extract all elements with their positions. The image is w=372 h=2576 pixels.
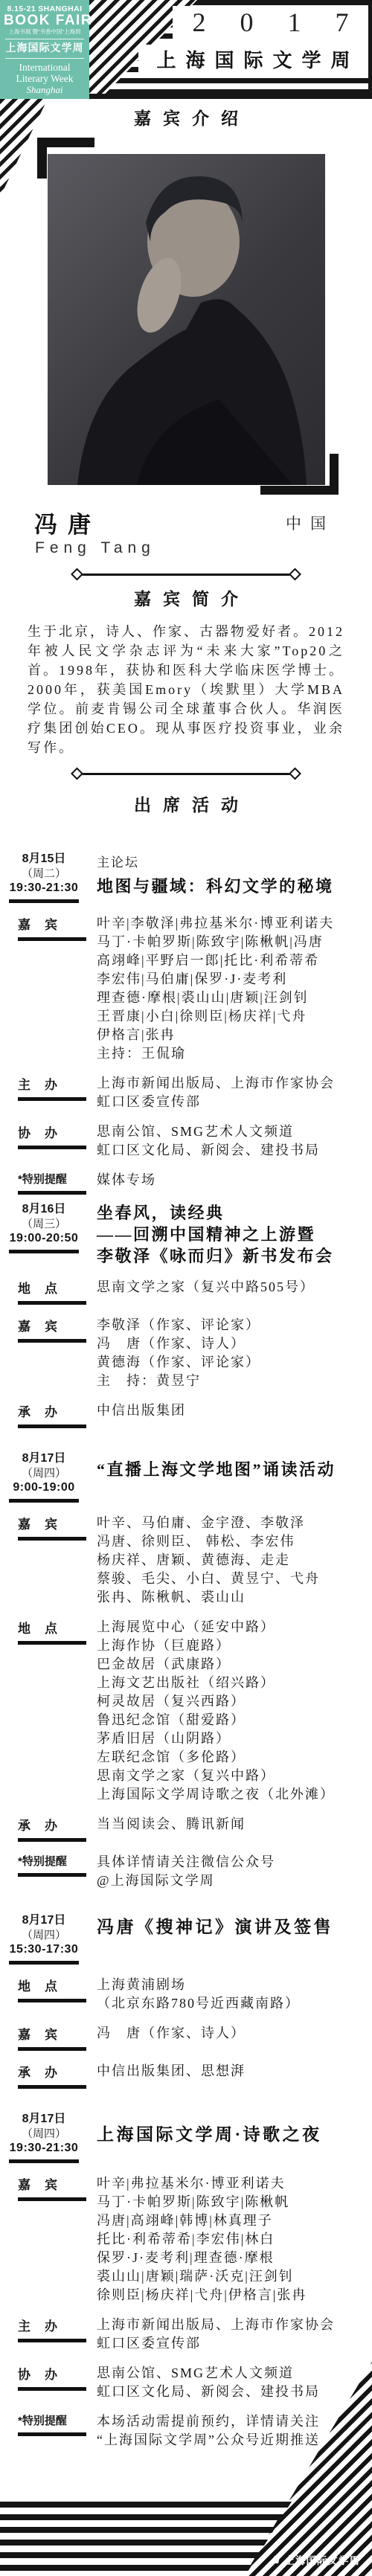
row-content: 中信出版集团、思想湃 <box>97 2062 372 2089</box>
portrait-silhouette <box>48 154 325 485</box>
event-row: 主 办上海市新闻出版局、上海市作家协会虹口区委宣传部 <box>0 1074 372 1111</box>
row-content: 叶辛|李敬泽|弗拉基米尔·博亚利诺夫马丁·卡帕罗斯|陈致宇|陈楸帆|冯唐高翊峰|… <box>97 914 372 1063</box>
photo-corner-bracket-bottom-right <box>260 454 339 495</box>
event-date-weekday: （周四） <box>10 1466 78 1480</box>
text-line: 主 持：黄昱宁 <box>97 1372 368 1390</box>
row-label: 嘉 宾 <box>18 1316 86 1343</box>
text-line: 王晋康|小白|徐则臣|杨庆祥|弋舟 <box>97 1007 368 1026</box>
event-row: 承 办当当阅读会、腾讯新闻 <box>0 1815 372 1842</box>
diamond-icon <box>289 768 301 780</box>
row-label-cell: 嘉 宾 <box>0 914 88 1063</box>
text-line: 柯灵故居（复兴西路） <box>97 1692 368 1711</box>
text-line: 左联纪念馆（多伦路） <box>97 1748 368 1767</box>
text-line: 马丁·卡帕罗斯|陈致宇|陈楸帆 <box>97 2193 368 2212</box>
event-head: 8月17日 （周四） 19:30-21:30 上海国际文学周·诗歌之夜 <box>0 2112 372 2163</box>
event-title-cell: 主论坛 地图与疆域：科幻文学的秘境 <box>97 852 372 903</box>
event-date-time: 19:00-20:50 <box>10 1231 79 1246</box>
event-date-day: 8月16日 <box>10 1202 79 1217</box>
row-content: 思南公馆、SMG艺术人文频道虹口区文化局、新阅会、建投书局 <box>97 1122 372 1160</box>
badge-title: BOOK FAIR <box>4 13 86 28</box>
text-line: 叶辛|弗拉基米尔·博亚利诺夫 <box>97 2174 368 2193</box>
event-row: 嘉 宾冯 唐（作家、诗人） <box>0 2024 372 2051</box>
text-line: 茅盾旧居（山阴路） <box>97 1729 368 1748</box>
event-rows: 嘉 宾叶辛|弗拉基米尔·博亚利诺夫马丁·卡帕罗斯|陈致宇|陈楸帆冯唐|高翊峰|韩… <box>0 2174 372 2450</box>
row-label: 主 办 <box>18 1074 86 1101</box>
event-head: 8月15日 （周二） 19:30-21:30 主论坛 地图与疆域：科幻文学的秘境 <box>0 852 372 903</box>
text-line: 主持：王侃瑜 <box>97 1044 368 1063</box>
row-label: 嘉 宾 <box>18 914 86 941</box>
row-label: 嘉 宾 <box>18 2024 86 2051</box>
divider-line <box>82 574 291 576</box>
event-title: 冯唐《搜神记》演讲及签售 <box>97 1913 372 1938</box>
row-label-cell: 承 办 <box>0 1815 88 1842</box>
row-label: 地 点 <box>18 1618 86 1645</box>
text-line: 李敬泽《咏而归》新书发布会 <box>97 1245 372 1267</box>
event-date: 8月17日 （周四） 15:30-17:30 <box>0 1913 88 1965</box>
row-label-cell: 承 办 <box>0 1401 88 1428</box>
row-label-cell: 地 点 <box>0 1618 88 1804</box>
event-row: 承 办中信出版集团、思想湃 <box>0 2062 372 2089</box>
event-date-day: 8月17日 <box>10 1913 79 1928</box>
row-content: 思南文学之家（复兴中路505号） <box>97 1278 372 1305</box>
text-line: 冯唐、徐则臣、 韩松、李宏伟 <box>97 1532 368 1551</box>
row-content: 上海市新闻出版局、上海市作家协会虹口区委宣传部 <box>97 1074 372 1111</box>
row-label: 地 点 <box>18 1278 86 1305</box>
event-block: 8月17日 （周四） 15:30-17:30 冯唐《搜神记》演讲及签售 地 点上… <box>0 1913 372 2089</box>
badge-en-line2: Literary Week <box>4 73 86 84</box>
text-line: 冯 唐（作家、诗人） <box>97 2024 368 2043</box>
text-line: 李宏伟|马伯庸|保罗·J·麦考利 <box>97 970 368 989</box>
text-line: 虹口区文化局、新阅会、建投书局 <box>97 2383 368 2401</box>
event-title-cell: 上海国际文学周·诗歌之夜 <box>97 2112 372 2163</box>
row-label-cell: 嘉 宾 <box>0 1316 88 1390</box>
text-line: 媒体专场 <box>97 1171 368 1189</box>
row-label: 地 点 <box>18 1976 86 2002</box>
text-line: 保罗·J·麦考利|理查德·摩根 <box>97 2249 368 2267</box>
event-rows: 嘉 宾叶辛、马伯庸、金宇澄、李敬泽冯唐、徐则臣、 韩松、李宏伟杨庆祥、唐颖、黄德… <box>0 1514 372 1890</box>
row-label-cell: *特别提醒 <box>0 1171 88 1195</box>
text-line: 冯 唐（作家、诗人） <box>97 1334 368 1353</box>
event-date: 8月16日 （周三） 19:00-20:50 <box>0 1202 88 1267</box>
diamond-divider <box>73 769 300 778</box>
event-head: 8月17日 （周四） 15:30-17:30 冯唐《搜神记》演讲及签售 <box>0 1913 372 1965</box>
text-line: 冯唐|高翊峰|韩博|林真理子 <box>97 2212 368 2230</box>
text-line: 托比·利希蒂希|李宏伟|林白 <box>97 2230 368 2249</box>
row-label-cell: 嘉 宾 <box>0 1514 88 1607</box>
row-label: 承 办 <box>18 1401 86 1428</box>
row-label: *特别提醒 <box>18 1171 86 1195</box>
row-content: 上海市新闻出版局、上海市作家协会虹口区委宣传部 <box>97 2316 372 2353</box>
row-content: 当当阅读会、腾讯新闻 <box>97 1815 372 1842</box>
event-date-box: 8月16日 （周三） 19:00-20:50 <box>9 1202 80 1253</box>
diamond-divider <box>73 570 300 579</box>
text-line: 李敬泽（作家、评论家） <box>97 1316 368 1334</box>
text-line: @上海国际文学周 <box>97 1872 368 1890</box>
text-line: 中信出版集团 <box>97 1401 368 1420</box>
event-row: 嘉 宾叶辛、马伯庸、金宇澄、李敬泽冯唐、徐则臣、 韩松、李宏伟杨庆祥、唐颖、黄德… <box>0 1514 372 1607</box>
text-line: 地图与疆域：科幻文学的秘境 <box>97 876 372 897</box>
event-row: 主 办上海市新闻出版局、上海市作家协会虹口区委宣传部 <box>0 2316 372 2353</box>
event-rows: 嘉 宾叶辛|李敬泽|弗拉基米尔·博亚利诺夫马丁·卡帕罗斯|陈致宇|陈楸帆|冯唐高… <box>0 914 372 1195</box>
row-content: 上海展览中心（延安中路）上海作协（巨鹿路）巴金故居（武康路）上海文艺出版社（绍兴… <box>97 1618 372 1804</box>
event-row: 地 点思南文学之家（复兴中路505号） <box>0 1278 372 1305</box>
text-line: “直播上海文学地图”诵读活动 <box>97 1459 372 1480</box>
banner-week-title: 上海国际文学周 <box>138 45 368 77</box>
text-line: 理查德·摩根|裘山山|唐颖|汪剑钊 <box>97 989 368 1007</box>
section-heading-guest-intro: 嘉宾介绍 <box>0 105 372 129</box>
event-date-day: 8月17日 <box>10 2112 79 2127</box>
event-row: *特别提醒本场活动需提前预约，详情请关注“上海国际文学周”公众号近期推送 <box>0 2412 372 2450</box>
text-line: 思南公馆、SMG艺术人文频道 <box>97 2364 368 2383</box>
row-label-cell: 承 办 <box>0 2062 88 2089</box>
row-content: 思南公馆、SMG艺术人文频道虹口区文化局、新阅会、建投书局 <box>97 2364 372 2401</box>
text-line: 杨庆祥、唐颖、黄德海、走走 <box>97 1551 368 1570</box>
event-row: *特别提醒媒体专场 <box>0 1171 372 1195</box>
text-line: 张冉、陈楸帆、裘山山 <box>97 1588 368 1607</box>
event-subtitle: 主论坛 <box>97 852 372 870</box>
text-line: 虹口区委宣传部 <box>97 1093 368 1111</box>
badge-en-line1: International <box>4 62 86 73</box>
row-label: 协 办 <box>18 2364 86 2391</box>
text-line: 本场活动需提前预约，详情请关注 <box>97 2412 368 2431</box>
text-line: 巴金故居（武康路） <box>97 1655 368 1674</box>
text-line: 马丁·卡帕罗斯|陈致宇|陈楸帆|冯唐 <box>97 933 368 951</box>
text-line: 徐则臣|杨庆祥|弋舟|伊格言|张冉 <box>97 2286 368 2304</box>
text-line: 伊格言|张冉 <box>97 1026 368 1044</box>
event-row: 地 点上海展览中心（延安中路）上海作协（巨鹿路）巴金故居（武康路）上海文艺出版社… <box>0 1618 372 1804</box>
text-line: 叶辛|李敬泽|弗拉基米尔·博亚利诺夫 <box>97 914 368 933</box>
badge-cn-week: 上海国际文学周 <box>4 42 86 55</box>
text-line: 上海国际文学周·诗歌之夜 <box>97 2124 372 2145</box>
footer-logo: 上海国际文学周 <box>269 2552 361 2567</box>
row-label: 嘉 宾 <box>18 1514 86 1541</box>
poster-page: 2017 上海国际文学周 8.15-21 SHANGHAI BOOK FAIR … <box>0 0 372 2576</box>
event-title-cell: “直播上海文学地图”诵读活动 <box>97 1451 372 1503</box>
text-line: （北京东路780号近西藏南路） <box>97 1994 368 2013</box>
event-date: 8月17日 （周四） 19:30-21:30 <box>0 2112 88 2163</box>
text-line: 上海作协（巨鹿路） <box>97 1637 368 1655</box>
row-content: 媒体专场 <box>97 1171 372 1195</box>
text-line: 思南文学之家（复兴中路505号） <box>97 1278 368 1297</box>
event-title: 坐春风，读经典——回溯中国精神之上游暨李敬泽《咏而归》新书发布会 <box>97 1202 372 1267</box>
row-label-cell: 嘉 宾 <box>0 2024 88 2051</box>
event-row: 嘉 宾叶辛|李敬泽|弗拉基米尔·博亚利诺夫马丁·卡帕罗斯|陈致宇|陈楸帆|冯唐高… <box>0 914 372 1063</box>
row-label-cell: 地 点 <box>0 1278 88 1305</box>
text-line: ——回溯中国精神之上游暨 <box>97 1224 372 1245</box>
text-line: 上海国际文学周诗歌之夜（北外滩） <box>97 1785 368 1804</box>
badge-divider <box>5 39 84 39</box>
section-heading-guest-bio: 嘉宾简介 <box>0 585 372 610</box>
text-line: 具体详情请关注微信公众号 <box>97 1853 368 1872</box>
event-date-time: 19:30-21:30 <box>10 881 79 896</box>
row-label: *特别提醒 <box>18 2412 86 2436</box>
event-row: 地 点上海黄浦剧场（北京东路780号近西藏南路） <box>0 1976 372 2013</box>
row-content: 具体详情请关注微信公众号@上海国际文学周 <box>97 1853 372 1890</box>
event-date-day: 8月17日 <box>10 1451 78 1466</box>
text-line: 上海市新闻出版局、上海市作家协会 <box>97 2316 368 2334</box>
diamond-icon <box>71 768 83 780</box>
event-title: “直播上海文学地图”诵读活动 <box>97 1451 372 1480</box>
text-line: 中信出版集团、思想湃 <box>97 2062 368 2081</box>
banner-year: 2017 <box>173 6 368 39</box>
event-title: 地图与疆域：科幻文学的秘境 <box>97 876 372 897</box>
event-block: 8月17日 （周四） 19:30-21:30 上海国际文学周·诗歌之夜 嘉 宾叶… <box>0 2112 372 2450</box>
text-line: 裘山山|唐颖|瑞萨·沃克|汪剑钊 <box>97 2267 368 2286</box>
row-label-cell: *特别提醒 <box>0 2412 88 2450</box>
event-head: 8月16日 （周三） 19:00-20:50 坐春风，读经典——回溯中国精神之上… <box>0 1202 372 1267</box>
row-label: 主 办 <box>18 2316 86 2342</box>
event-row: 嘉 宾叶辛|弗拉基米尔·博亚利诺夫马丁·卡帕罗斯|陈致宇|陈楸帆冯唐|高翊峰|韩… <box>0 2174 372 2304</box>
text-line: 虹口区文化局、新阅会、建投书局 <box>97 1141 368 1160</box>
event-date-weekday: （周三） <box>10 1217 79 1231</box>
event-date-box: 8月17日 （周四） 19:30-21:30 <box>9 2112 80 2163</box>
text-line: 虹口区委宣传部 <box>97 2334 368 2353</box>
row-content: 冯 唐（作家、诗人） <box>97 2024 372 2051</box>
event-date-time: 15:30-17:30 <box>10 1942 79 1957</box>
event-row: 协 办思南公馆、SMG艺术人文频道虹口区文化局、新阅会、建投书局 <box>0 2364 372 2401</box>
divider-line <box>82 773 291 775</box>
text-line: 黄德海（作家、评论家） <box>97 1353 368 1372</box>
event-date-time: 19:30-21:30 <box>10 2141 79 2156</box>
section-heading-events: 出席活动 <box>0 791 372 816</box>
badge-subtitle: 上海书展 暨“书香中国”上海周 <box>4 28 86 36</box>
text-line: 蔡骏、毛尖、小白、黄昱宁、弋舟 <box>97 1570 368 1588</box>
book-fair-badge: 8.15-21 SHANGHAI BOOK FAIR 上海书展 暨“书香中国”上… <box>0 0 89 99</box>
footer-horizontal-stripes-decoration <box>0 2502 292 2576</box>
diamond-icon <box>71 568 83 581</box>
row-label-cell: 协 办 <box>0 1122 88 1160</box>
event-date-time: 9:00-19:00 <box>10 1480 78 1495</box>
text-line: 上海文艺出版社（绍兴路） <box>97 1674 368 1692</box>
row-label-cell: 主 办 <box>0 2316 88 2353</box>
event-date: 8月17日 （周四） 9:00-19:00 <box>0 1451 88 1503</box>
event-date-weekday: （周二） <box>10 867 79 881</box>
diamond-icon <box>289 568 301 581</box>
row-label: 承 办 <box>18 2062 86 2089</box>
event-date-box: 8月17日 （周四） 15:30-17:30 <box>9 1913 80 1965</box>
text-line: 思南文学之家（复兴中路） <box>97 1767 368 1785</box>
event-title: 上海国际文学周·诗歌之夜 <box>97 2112 372 2145</box>
event-date-day: 8月15日 <box>10 852 79 867</box>
text-line: 高翊峰|平野启一郎|托比·利希蒂希 <box>97 951 368 970</box>
text-line: 坐春风，读经典 <box>97 1202 372 1224</box>
row-content: 李敬泽（作家、评论家）冯 唐（作家、诗人）黄德海（作家、评论家）主 持：黄昱宁 <box>97 1316 372 1390</box>
row-label-cell: 主 办 <box>0 1074 88 1111</box>
row-label: *特别提醒 <box>18 1853 86 1877</box>
event-date: 8月15日 （周二） 19:30-21:30 <box>0 852 88 903</box>
event-row: 嘉 宾李敬泽（作家、评论家）冯 唐（作家、诗人）黄德海（作家、评论家）主 持：黄… <box>0 1316 372 1390</box>
event-block: 8月17日 （周四） 9:00-19:00 “直播上海文学地图”诵读活动 嘉 宾… <box>0 1451 372 1890</box>
event-row: *特别提醒具体详情请关注微信公众号@上海国际文学周 <box>0 1853 372 1890</box>
event-row: 协 办思南公馆、SMG艺术人文频道虹口区文化局、新阅会、建投书局 <box>0 1122 372 1160</box>
row-label-cell: 协 办 <box>0 2364 88 2401</box>
text-line: 叶辛、马伯庸、金宇澄、李敬泽 <box>97 1514 368 1532</box>
banner-bottom-rule <box>89 94 372 99</box>
text-line: 上海黄浦剧场 <box>97 1976 368 1994</box>
badge-en-line3: Shanghai <box>4 84 86 95</box>
text-line: 上海展览中心（延安中路） <box>97 1618 368 1637</box>
badge-divider <box>5 58 84 59</box>
guest-country: 中国 <box>286 512 335 534</box>
footer-logo-text: 上海国际文学周 <box>285 2552 361 2567</box>
event-rows: 地 点思南文学之家（复兴中路505号）嘉 宾李敬泽（作家、评论家）冯 唐（作家、… <box>0 1278 372 1428</box>
row-content: 叶辛、马伯庸、金宇澄、李敬泽冯唐、徐则臣、 韩松、李宏伟杨庆祥、唐颖、黄德海、走… <box>97 1514 372 1607</box>
event-title-cell: 坐春风，读经典——回溯中国精神之上游暨李敬泽《咏而归》新书发布会 <box>97 1202 372 1267</box>
event-rows: 地 点上海黄浦剧场（北京东路780号近西藏南路）嘉 宾冯 唐（作家、诗人）承 办… <box>0 1976 372 2089</box>
row-content: 中信出版集团 <box>97 1401 372 1428</box>
text-line: 鲁迅纪念馆（甜爱路） <box>97 1711 368 1729</box>
event-title-cell: 冯唐《搜神记》演讲及签售 <box>97 1913 372 1965</box>
row-content: 上海黄浦剧场（北京东路780号近西藏南路） <box>97 1976 372 2013</box>
guest-bio-text: 生于北京，诗人、作家、古器物爱好者。2012年被人民文学杂志评为“未来大家”To… <box>28 622 344 757</box>
row-label: 嘉 宾 <box>18 2174 86 2201</box>
event-date-box: 8月17日 （周四） 9:00-19:00 <box>9 1451 79 1503</box>
text-line: 上海市新闻出版局、上海市作家协会 <box>97 1074 368 1093</box>
event-date-weekday: （周四） <box>10 1928 79 1942</box>
event-block: 8月16日 （周三） 19:00-20:50 坐春风，读经典——回溯中国精神之上… <box>0 1202 372 1428</box>
event-date-box: 8月15日 （周二） 19:30-21:30 <box>9 852 80 903</box>
footer-logo-icon <box>269 2554 281 2565</box>
row-label: 协 办 <box>18 1122 86 1149</box>
text-line: 思南公馆、SMG艺术人文频道 <box>97 1122 368 1141</box>
row-label: 承 办 <box>18 1815 86 1842</box>
text-line: 冯唐《搜神记》演讲及签售 <box>97 1916 372 1938</box>
banner-right-edge <box>368 0 372 99</box>
event-block: 8月15日 （周二） 19:30-21:30 主论坛 地图与疆域：科幻文学的秘境… <box>0 852 372 1195</box>
guest-name: 冯唐 <box>34 506 101 539</box>
row-label-cell: 地 点 <box>0 1976 88 2013</box>
guest-photo <box>48 154 325 485</box>
row-label-cell: *特别提醒 <box>0 1853 88 1890</box>
event-row: 承 办中信出版集团 <box>0 1401 372 1428</box>
event-date-weekday: （周四） <box>10 2127 79 2141</box>
guest-name-en: Feng Tang <box>35 539 155 557</box>
row-label-cell: 嘉 宾 <box>0 2174 88 2304</box>
row-content: 叶辛|弗拉基米尔·博亚利诺夫马丁·卡帕罗斯|陈致宇|陈楸帆冯唐|高翊峰|韩博|林… <box>97 2174 372 2304</box>
text-line: 当当阅读会、腾讯新闻 <box>97 1815 368 1834</box>
event-head: 8月17日 （周四） 9:00-19:00 “直播上海文学地图”诵读活动 <box>0 1451 372 1503</box>
